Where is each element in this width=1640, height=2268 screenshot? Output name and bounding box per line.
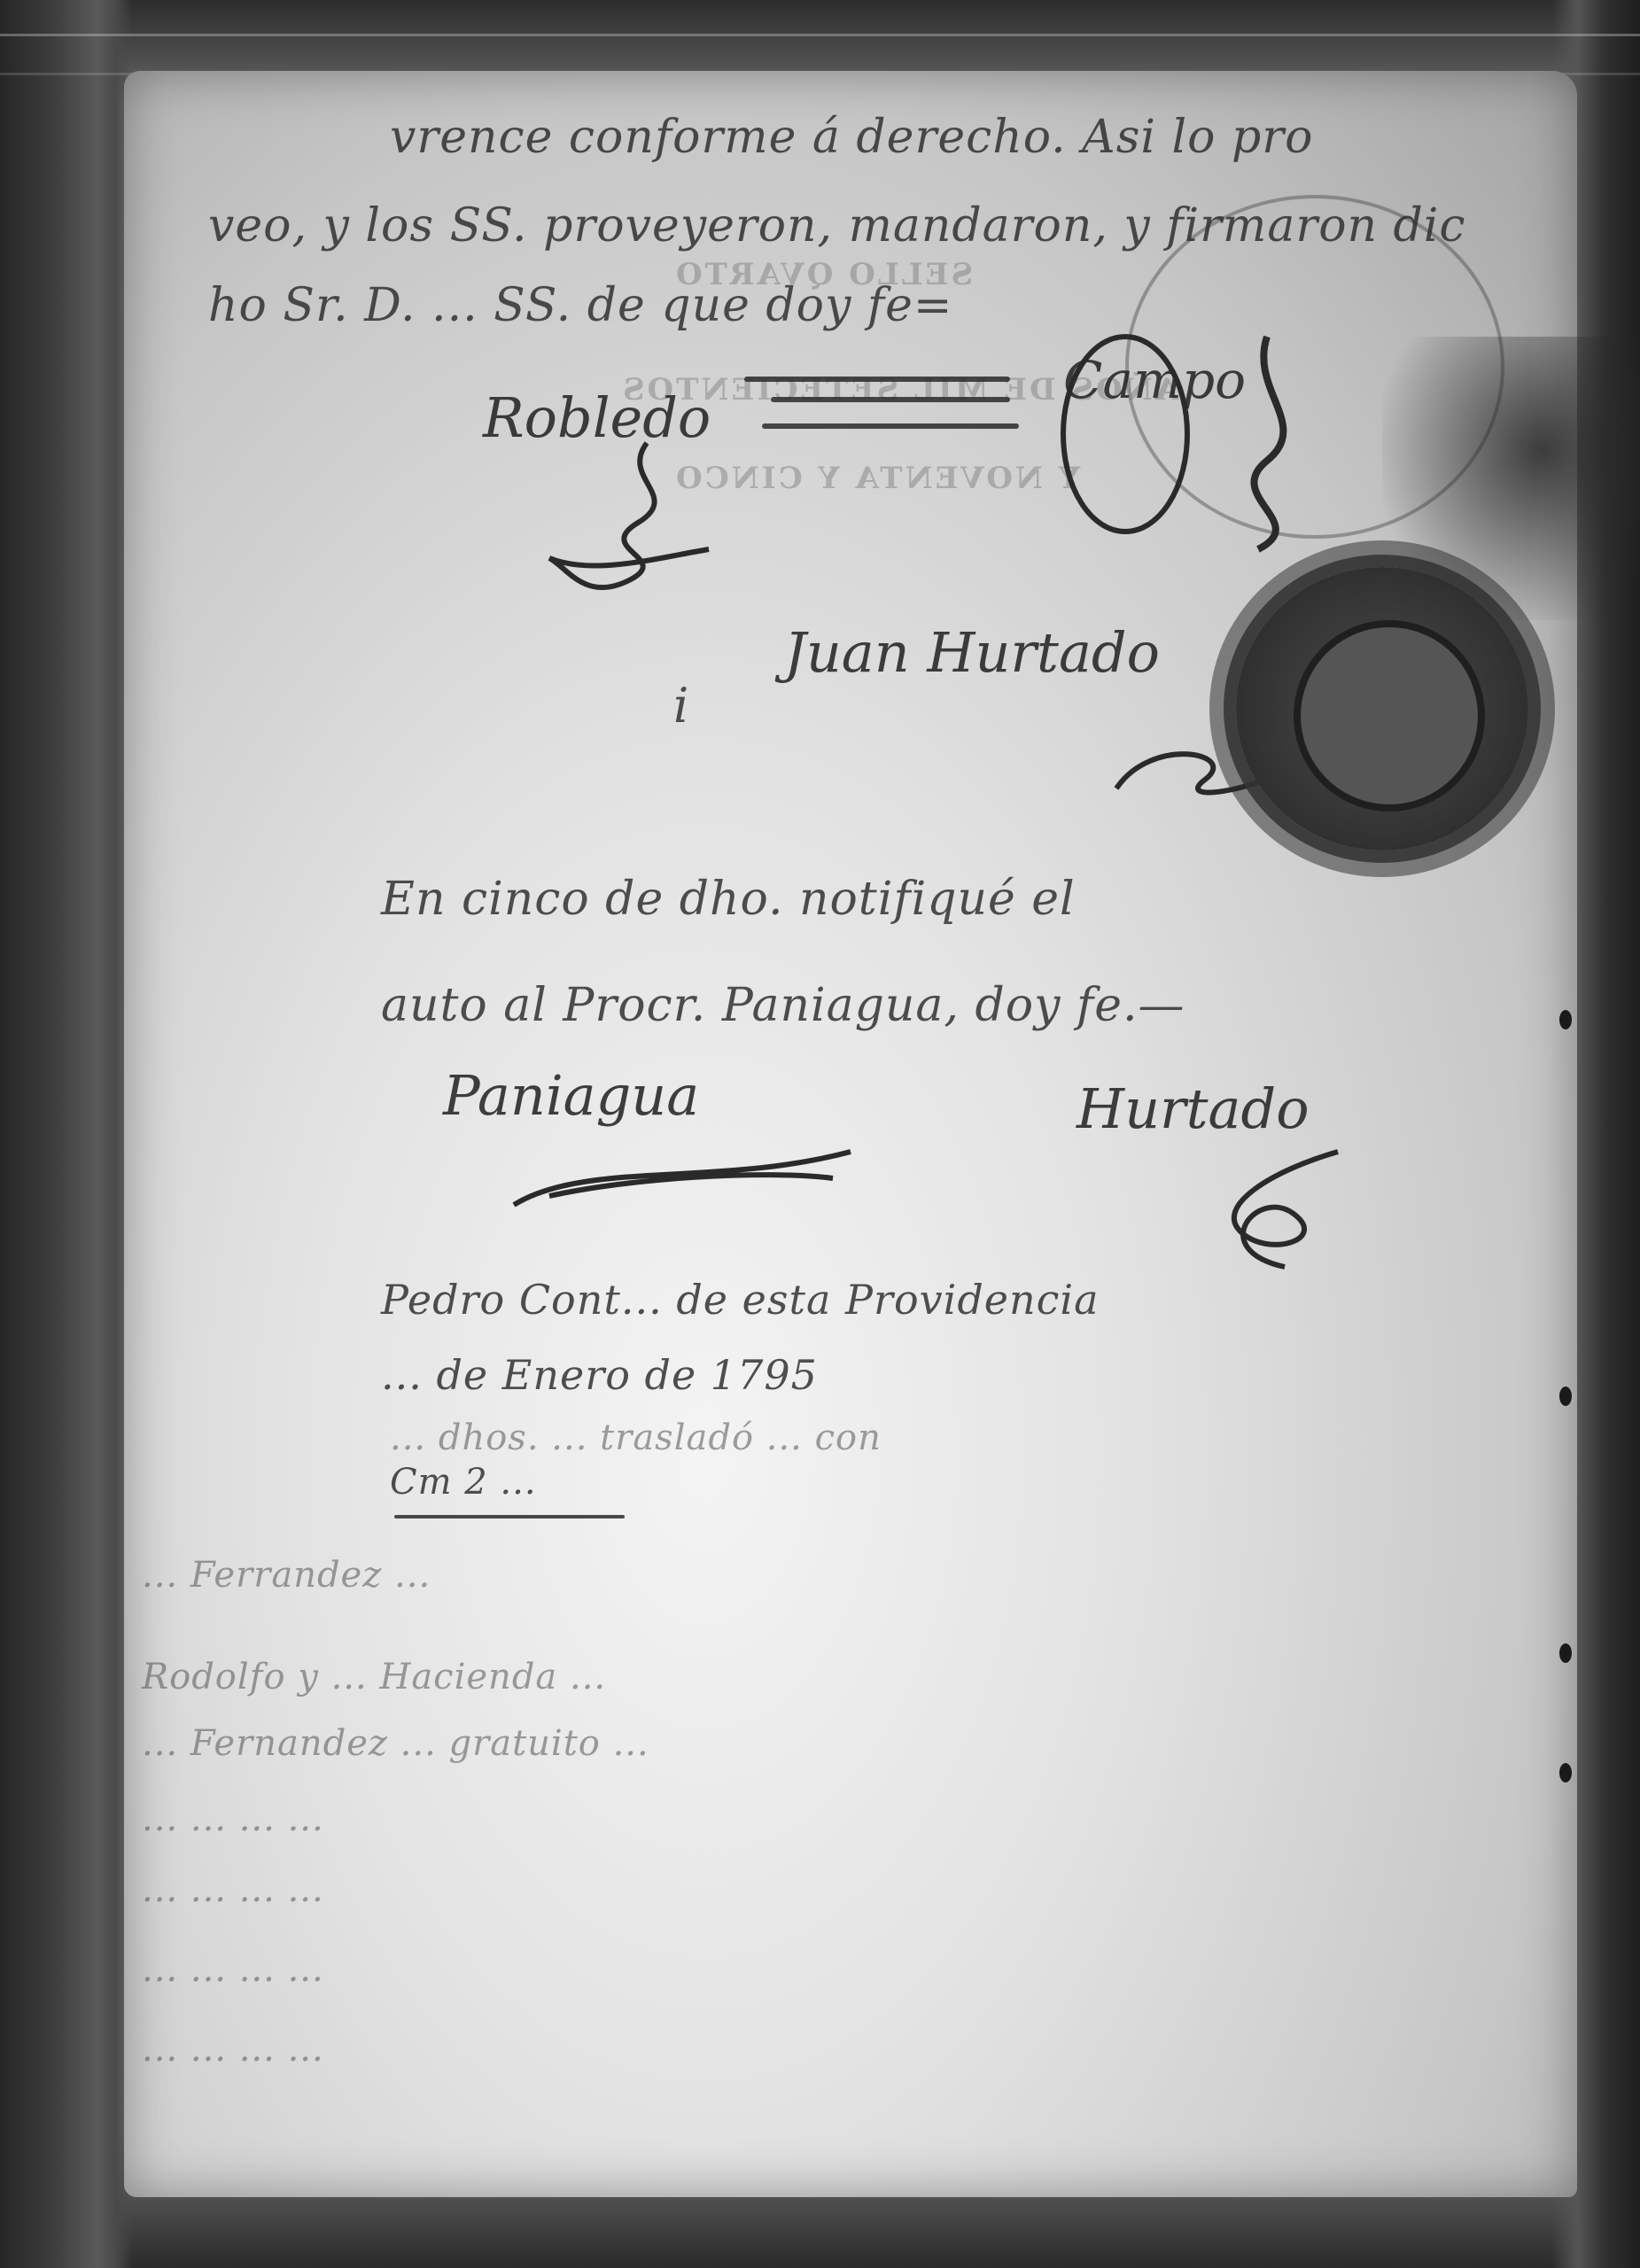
signature-rubric-icon (496, 1125, 868, 1223)
signature-rubric-icon (514, 425, 780, 638)
manuscript-line-15: ... ... ... ... (142, 2029, 324, 2070)
manuscript-line-13: ... ... ... ... (142, 1869, 324, 1910)
manuscript-line-8: ... dhos. ... trasladó ... con (390, 1417, 882, 1458)
manuscript-line-7: ... de Enero de 1795 (381, 1351, 818, 1399)
manuscript-line-10: Rodolfo y ... Hacienda ... (142, 1657, 606, 1697)
margin-dot (1559, 1010, 1572, 1029)
manuscript-line-5: auto al Procr. Paniagua, doy fe.— (381, 979, 1185, 1032)
manuscript-line-14: ... ... ... ... (142, 1949, 324, 1990)
small-mark: i (673, 678, 689, 734)
manuscript-line-3: ho Sr. D. ... SS. de que doy fe= (208, 279, 952, 332)
manuscript-line-2: veo, y los SS. proveyeron, mandaron, y f… (208, 199, 1466, 252)
margin-dot (1559, 1386, 1572, 1406)
signature-flourish-line (762, 423, 1019, 429)
manuscript-line-6: Pedro Cont... de esta Providencia (381, 1276, 1100, 1324)
page-shadow (1382, 337, 1640, 620)
seal-emblem-icon (1294, 620, 1485, 812)
signature-flourish-line (744, 377, 1010, 382)
margin-dot (1559, 1763, 1572, 1783)
manuscript-line-1: vrence conforme á derecho. Asi lo pro (390, 111, 1313, 164)
manuscript-line-11: ... Fernandez ... gratuito ... (142, 1723, 649, 1764)
underlined-mark: Cm 2 ... (390, 1462, 537, 1503)
signature-paniagua: Paniagua (443, 1063, 699, 1128)
underline (394, 1515, 625, 1518)
signature-juan-hurtado: Juan Hurtado (784, 620, 1160, 685)
signature-rubric-icon (1045, 319, 1347, 576)
manuscript-line-12: ... ... ... ... (142, 1798, 324, 1839)
signature-flourish-line (771, 397, 1010, 402)
margin-dot (1559, 1643, 1572, 1663)
manuscript-line-4: En cinco de dho. notifiqué el (381, 873, 1076, 926)
signature-hurtado: Hurtado (1076, 1076, 1310, 1141)
manuscript-line-9: ... Ferrandez ... (142, 1555, 431, 1596)
scan-glare-line (0, 34, 1640, 36)
signature-rubric-icon (1187, 1134, 1364, 1276)
